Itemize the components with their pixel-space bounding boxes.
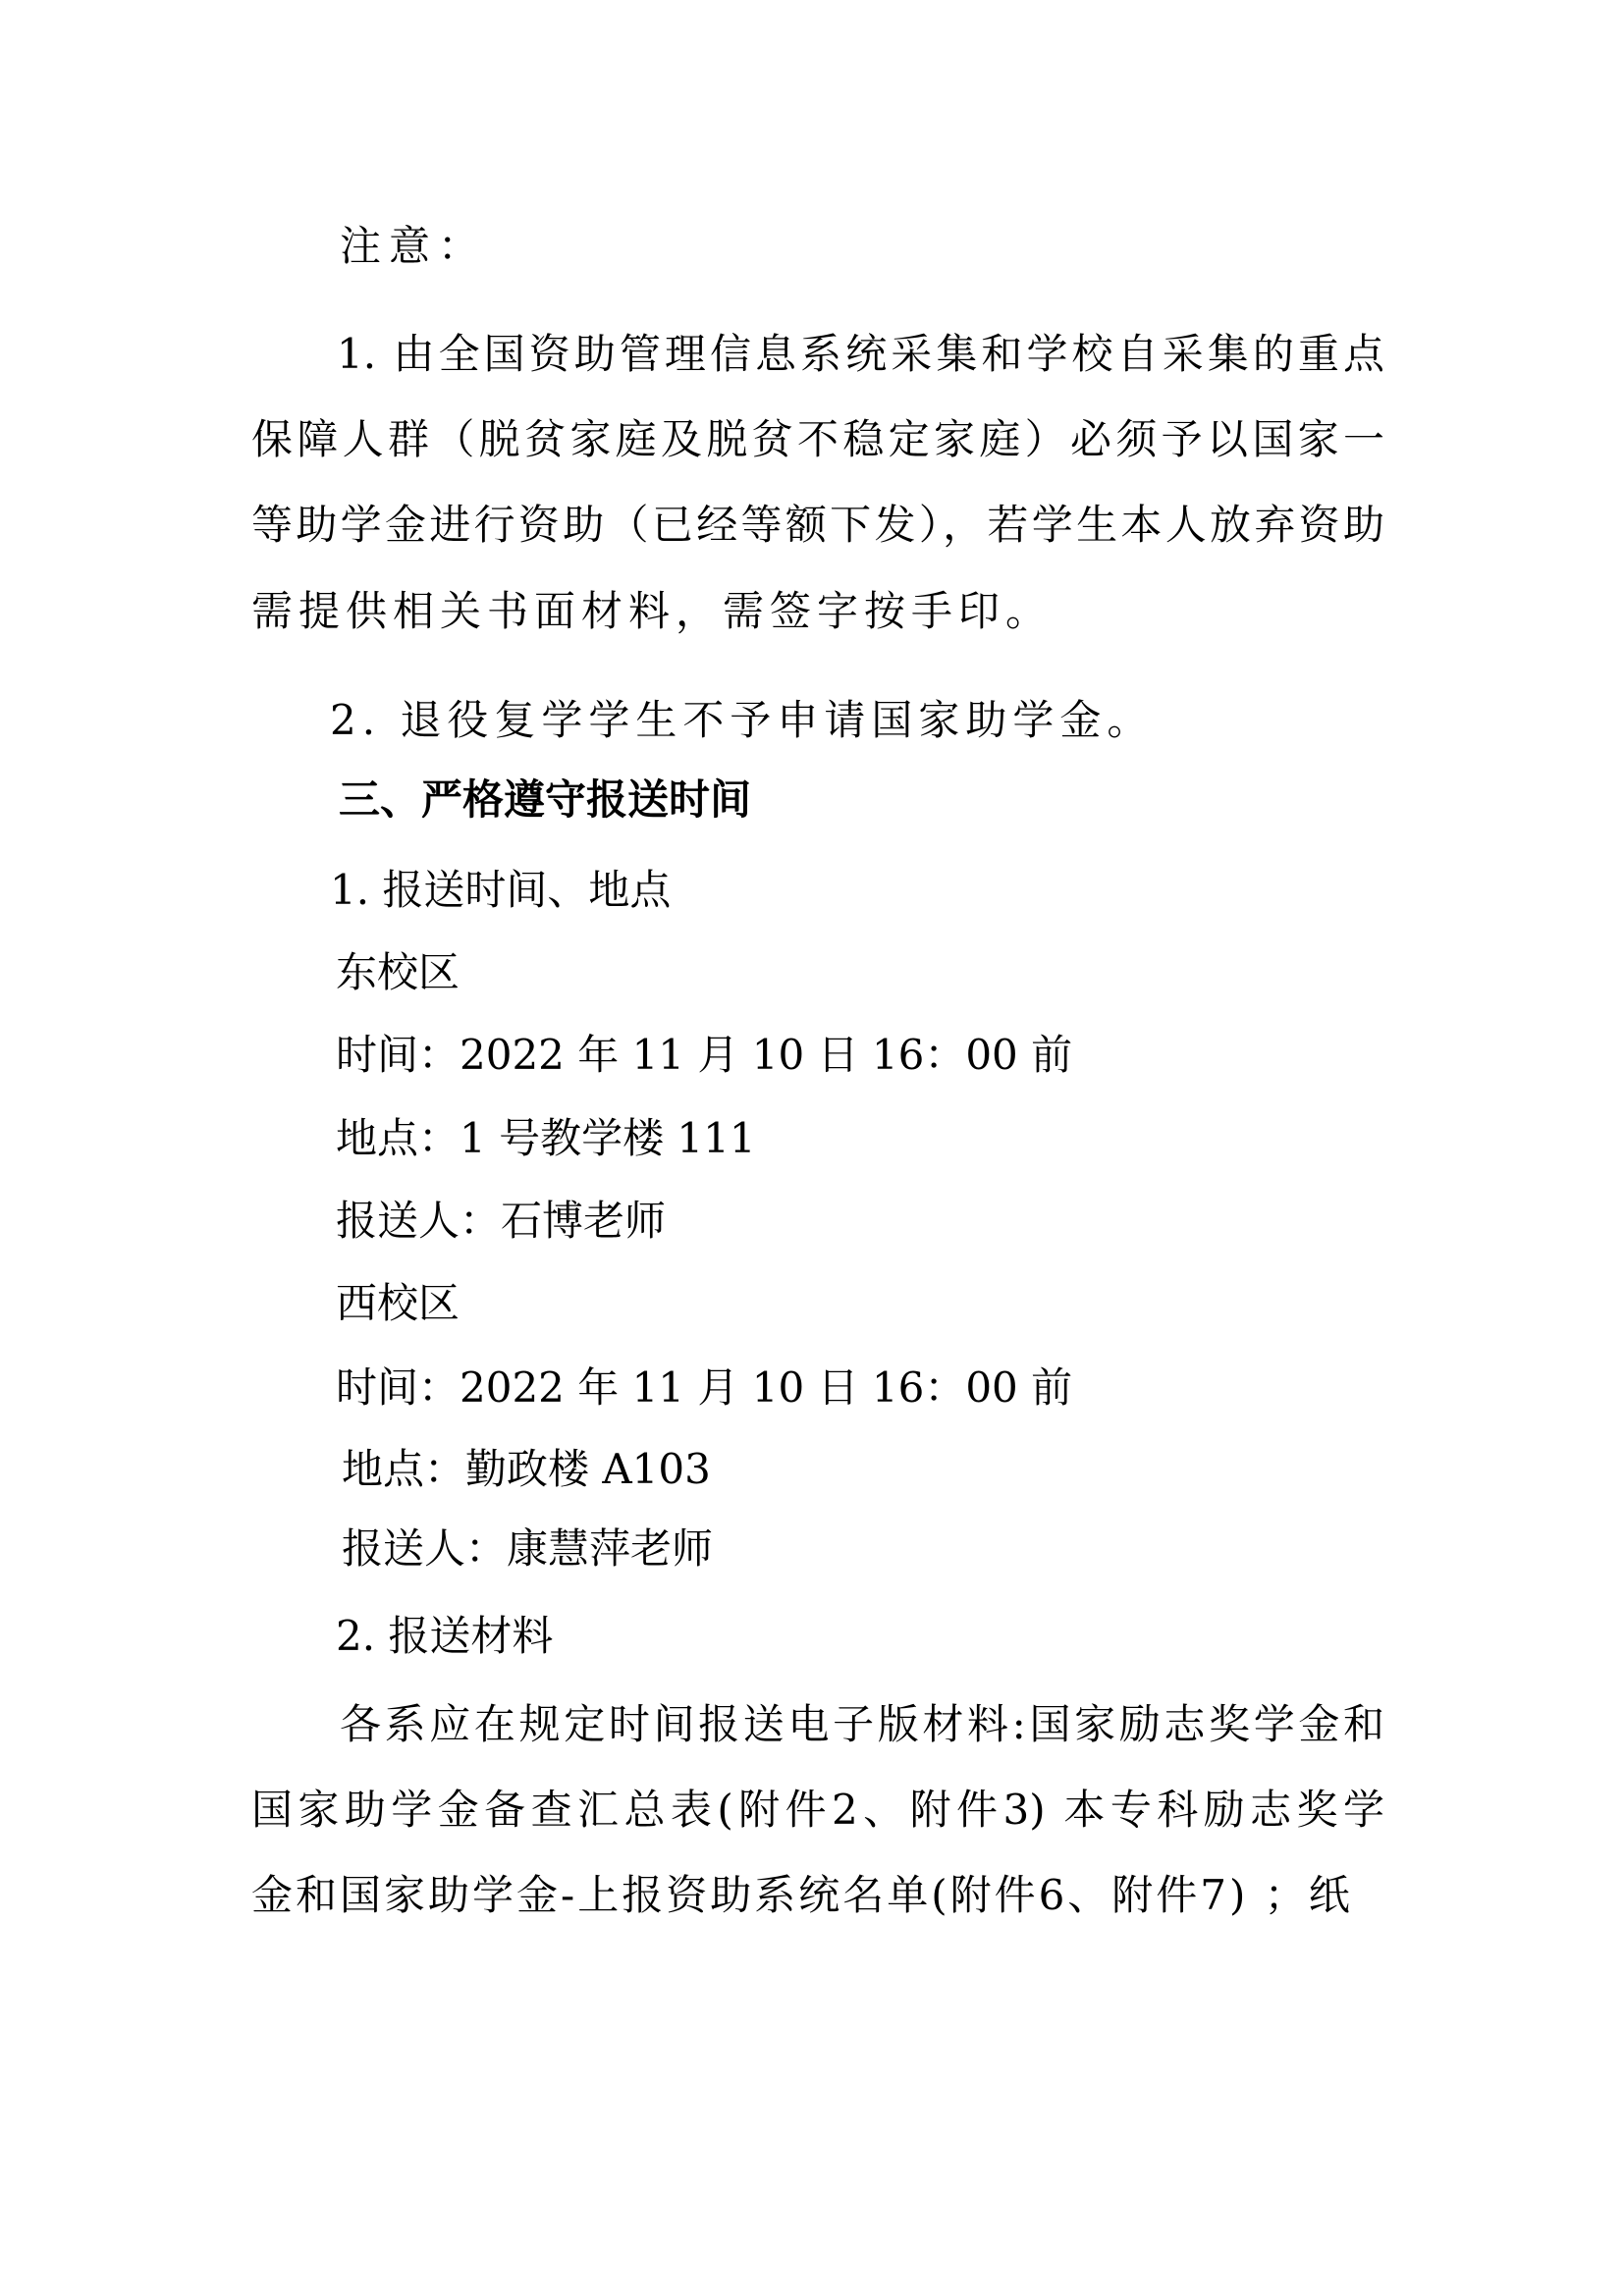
document-page: 注意： 1. 由全国资助管理信息系统采集和学校自采集的重点 保障人群（脱贫家庭及… xyxy=(0,0,1624,2296)
west-campus-label: 西校区 xyxy=(336,1276,460,1331)
east-campus-contact: 报送人：石博老师 xyxy=(336,1194,666,1249)
note-item-1-line-1: 1. 由全国资助管理信息系统采集和学校自采集的重点 xyxy=(337,327,1384,382)
materials-line-2: 国家助学金备查汇总表(附件2、附件3) 本专科励志奖学 xyxy=(251,1783,1384,1838)
east-campus-place: 地点：1 号教学楼 111 xyxy=(336,1111,756,1166)
note-item-1-line-4: 需提供相关书面材料，需签字按手印。 xyxy=(251,584,1053,639)
section-3-sub2-heading: 2. 报送材料 xyxy=(336,1609,553,1664)
east-campus-label: 东校区 xyxy=(336,945,460,1000)
west-campus-place: 地点：勤政楼 A103 xyxy=(342,1442,711,1497)
note-item-2: 2. 退役复学学生不予申请国家助学金。 xyxy=(330,693,1154,748)
west-campus-contact: 报送人：康慧萍老师 xyxy=(342,1522,713,1576)
west-campus-time: 时间：2022 年 11 月 10 日 16：00 前 xyxy=(336,1361,1072,1415)
note-item-1-line-2: 保障人群（脱贫家庭及脱贫不稳定家庭）必须予以国家一 xyxy=(251,412,1384,467)
note-item-1-line-3: 等助学金进行资助（已经等额下发），若学生本人放弃资助 xyxy=(251,498,1384,553)
east-campus-time: 时间：2022 年 11 月 10 日 16：00 前 xyxy=(336,1028,1072,1083)
section-3-sub1-heading: 1. 报送时间、地点 xyxy=(330,863,671,918)
materials-line-1: 各系应在规定时间报送电子版材料:国家励志奖学金和 xyxy=(340,1697,1384,1752)
note-label: 注意： xyxy=(340,219,487,274)
section-3-heading: 三、严格遵守报送时间 xyxy=(339,773,751,828)
materials-line-3: 金和国家助学金-上报资助系统名单(附件6、附件7) ；纸 xyxy=(251,1868,1353,1923)
